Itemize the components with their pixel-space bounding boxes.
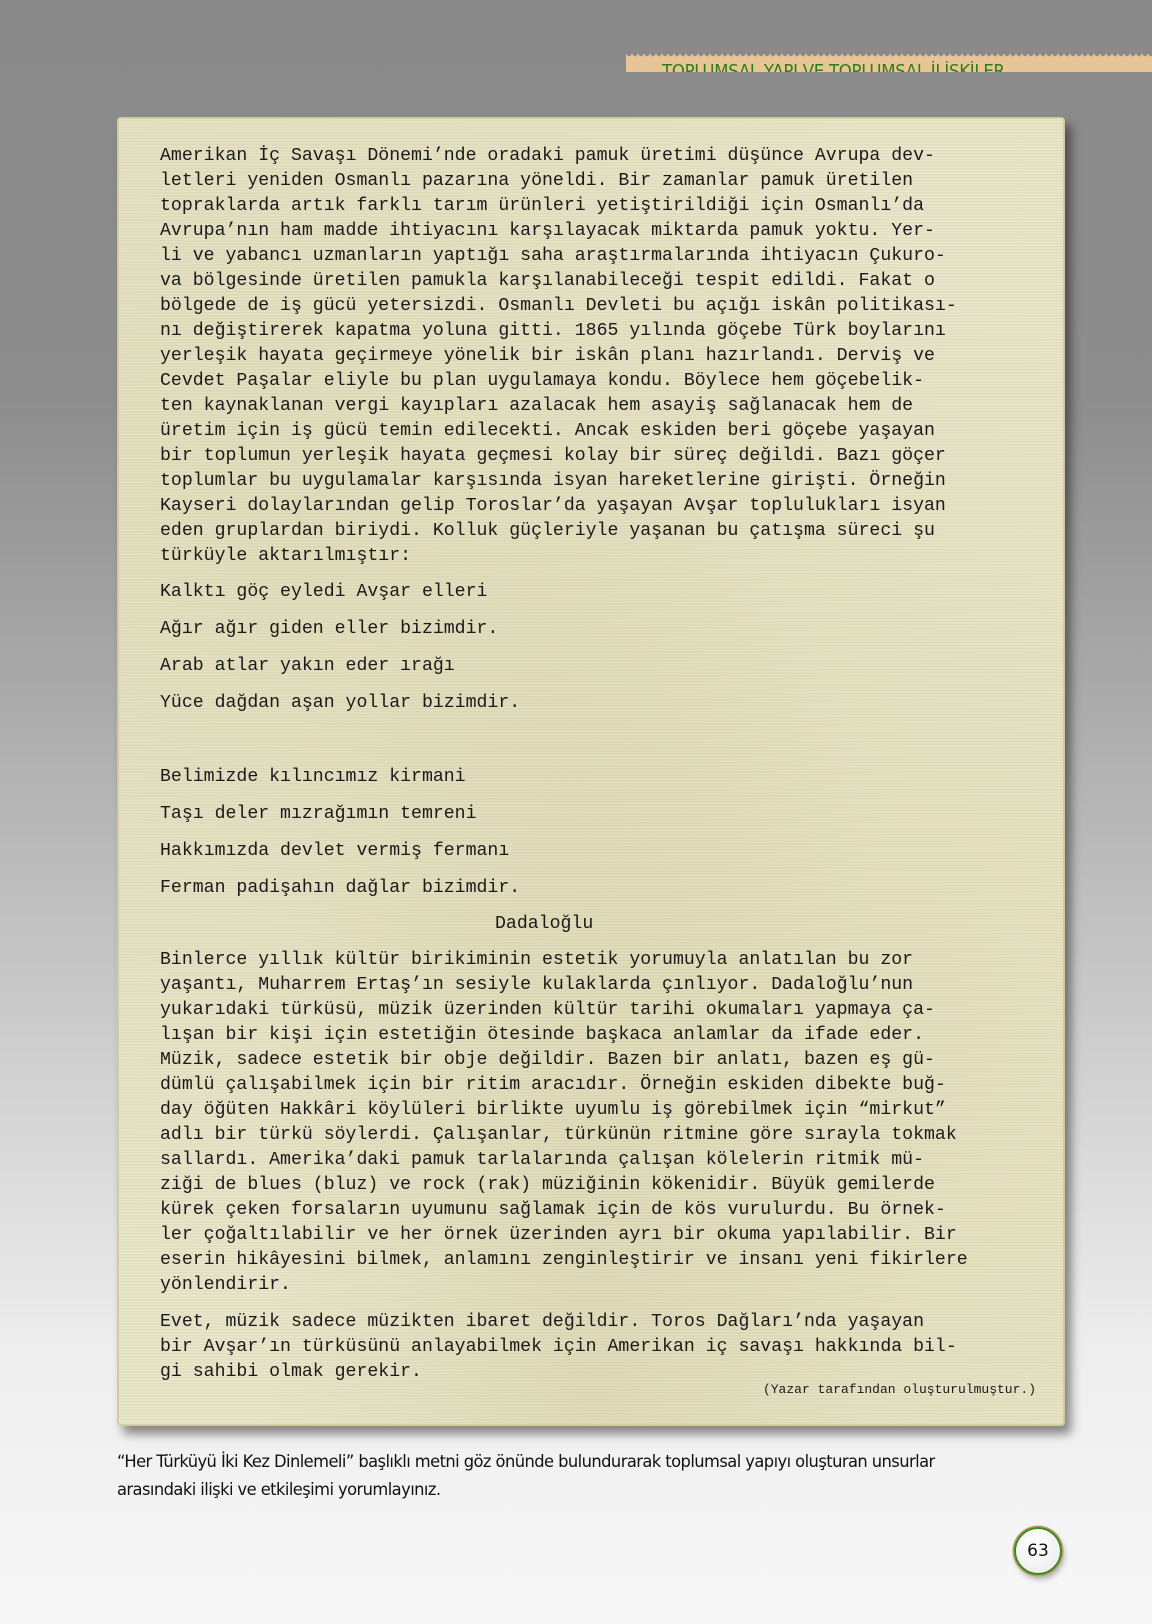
poem-line: Arab atlar yakın eder ırağı	[160, 654, 1040, 691]
poem-author: Dadaloğlu	[160, 912, 1040, 937]
reading-text-card: Amerikan İç Savaşı Dönemi’nde oradaki pa…	[117, 117, 1065, 1426]
stanza-gap	[160, 728, 1040, 765]
poem-line: Yüce dağdan aşan yollar bizimdir.	[160, 691, 1040, 728]
question-line-1: “Her Türküyü İki Kez Dinlemeli” başlıklı…	[117, 1448, 1039, 1476]
poem-line: Taşı deler mızrağımın temreni	[160, 802, 1040, 839]
poem-line: Kalktı göç eyledi Avşar elleri	[160, 580, 1040, 617]
poem-line: Ferman padişahın dağlar bizimdir.	[160, 876, 1040, 913]
reading-text: Amerikan İç Savaşı Dönemi’nde oradaki pa…	[160, 144, 1040, 1385]
section-header-tab: TOPLUMSAL YAPI VE TOPLUMSAL İLİŞKİLER	[626, 54, 1152, 90]
page-number-badge: 63	[1014, 1527, 1062, 1575]
paragraph-1: Amerikan İç Savaşı Dönemi’nde oradaki pa…	[160, 144, 1040, 569]
section-title: TOPLUMSAL YAPI VE TOPLUMSAL İLİŞKİLER	[662, 61, 1005, 82]
poem-stanza-2: Belimizde kılıncımız kirmaniTaşı deler m…	[160, 765, 1040, 913]
poem-line: Ağır ağır giden eller bizimdir.	[160, 617, 1040, 654]
poem-stanza-1: Kalktı göç eyledi Avşar elleriAğır ağır …	[160, 580, 1040, 728]
paragraph-3: Evet, müzik sadece müzikten ibaret değil…	[160, 1310, 1040, 1385]
discussion-question: “Her Türküyü İki Kez Dinlemeli” başlıklı…	[117, 1448, 1039, 1504]
poem: Kalktı göç eyledi Avşar elleriAğır ağır …	[160, 580, 1040, 913]
paragraph-2: Binlerce yıllık kültür birikiminin estet…	[160, 948, 1040, 1298]
poem-line: Belimizde kılıncımız kirmani	[160, 765, 1040, 802]
poem-line: Hakkımızda devlet vermiş fermanı	[160, 839, 1040, 876]
source-attribution: (Yazar tarafından oluşturulmuştur.)	[763, 1382, 1036, 1397]
question-line-2: arasındaki ilişki ve etkileşimi yorumlay…	[117, 1476, 1039, 1504]
